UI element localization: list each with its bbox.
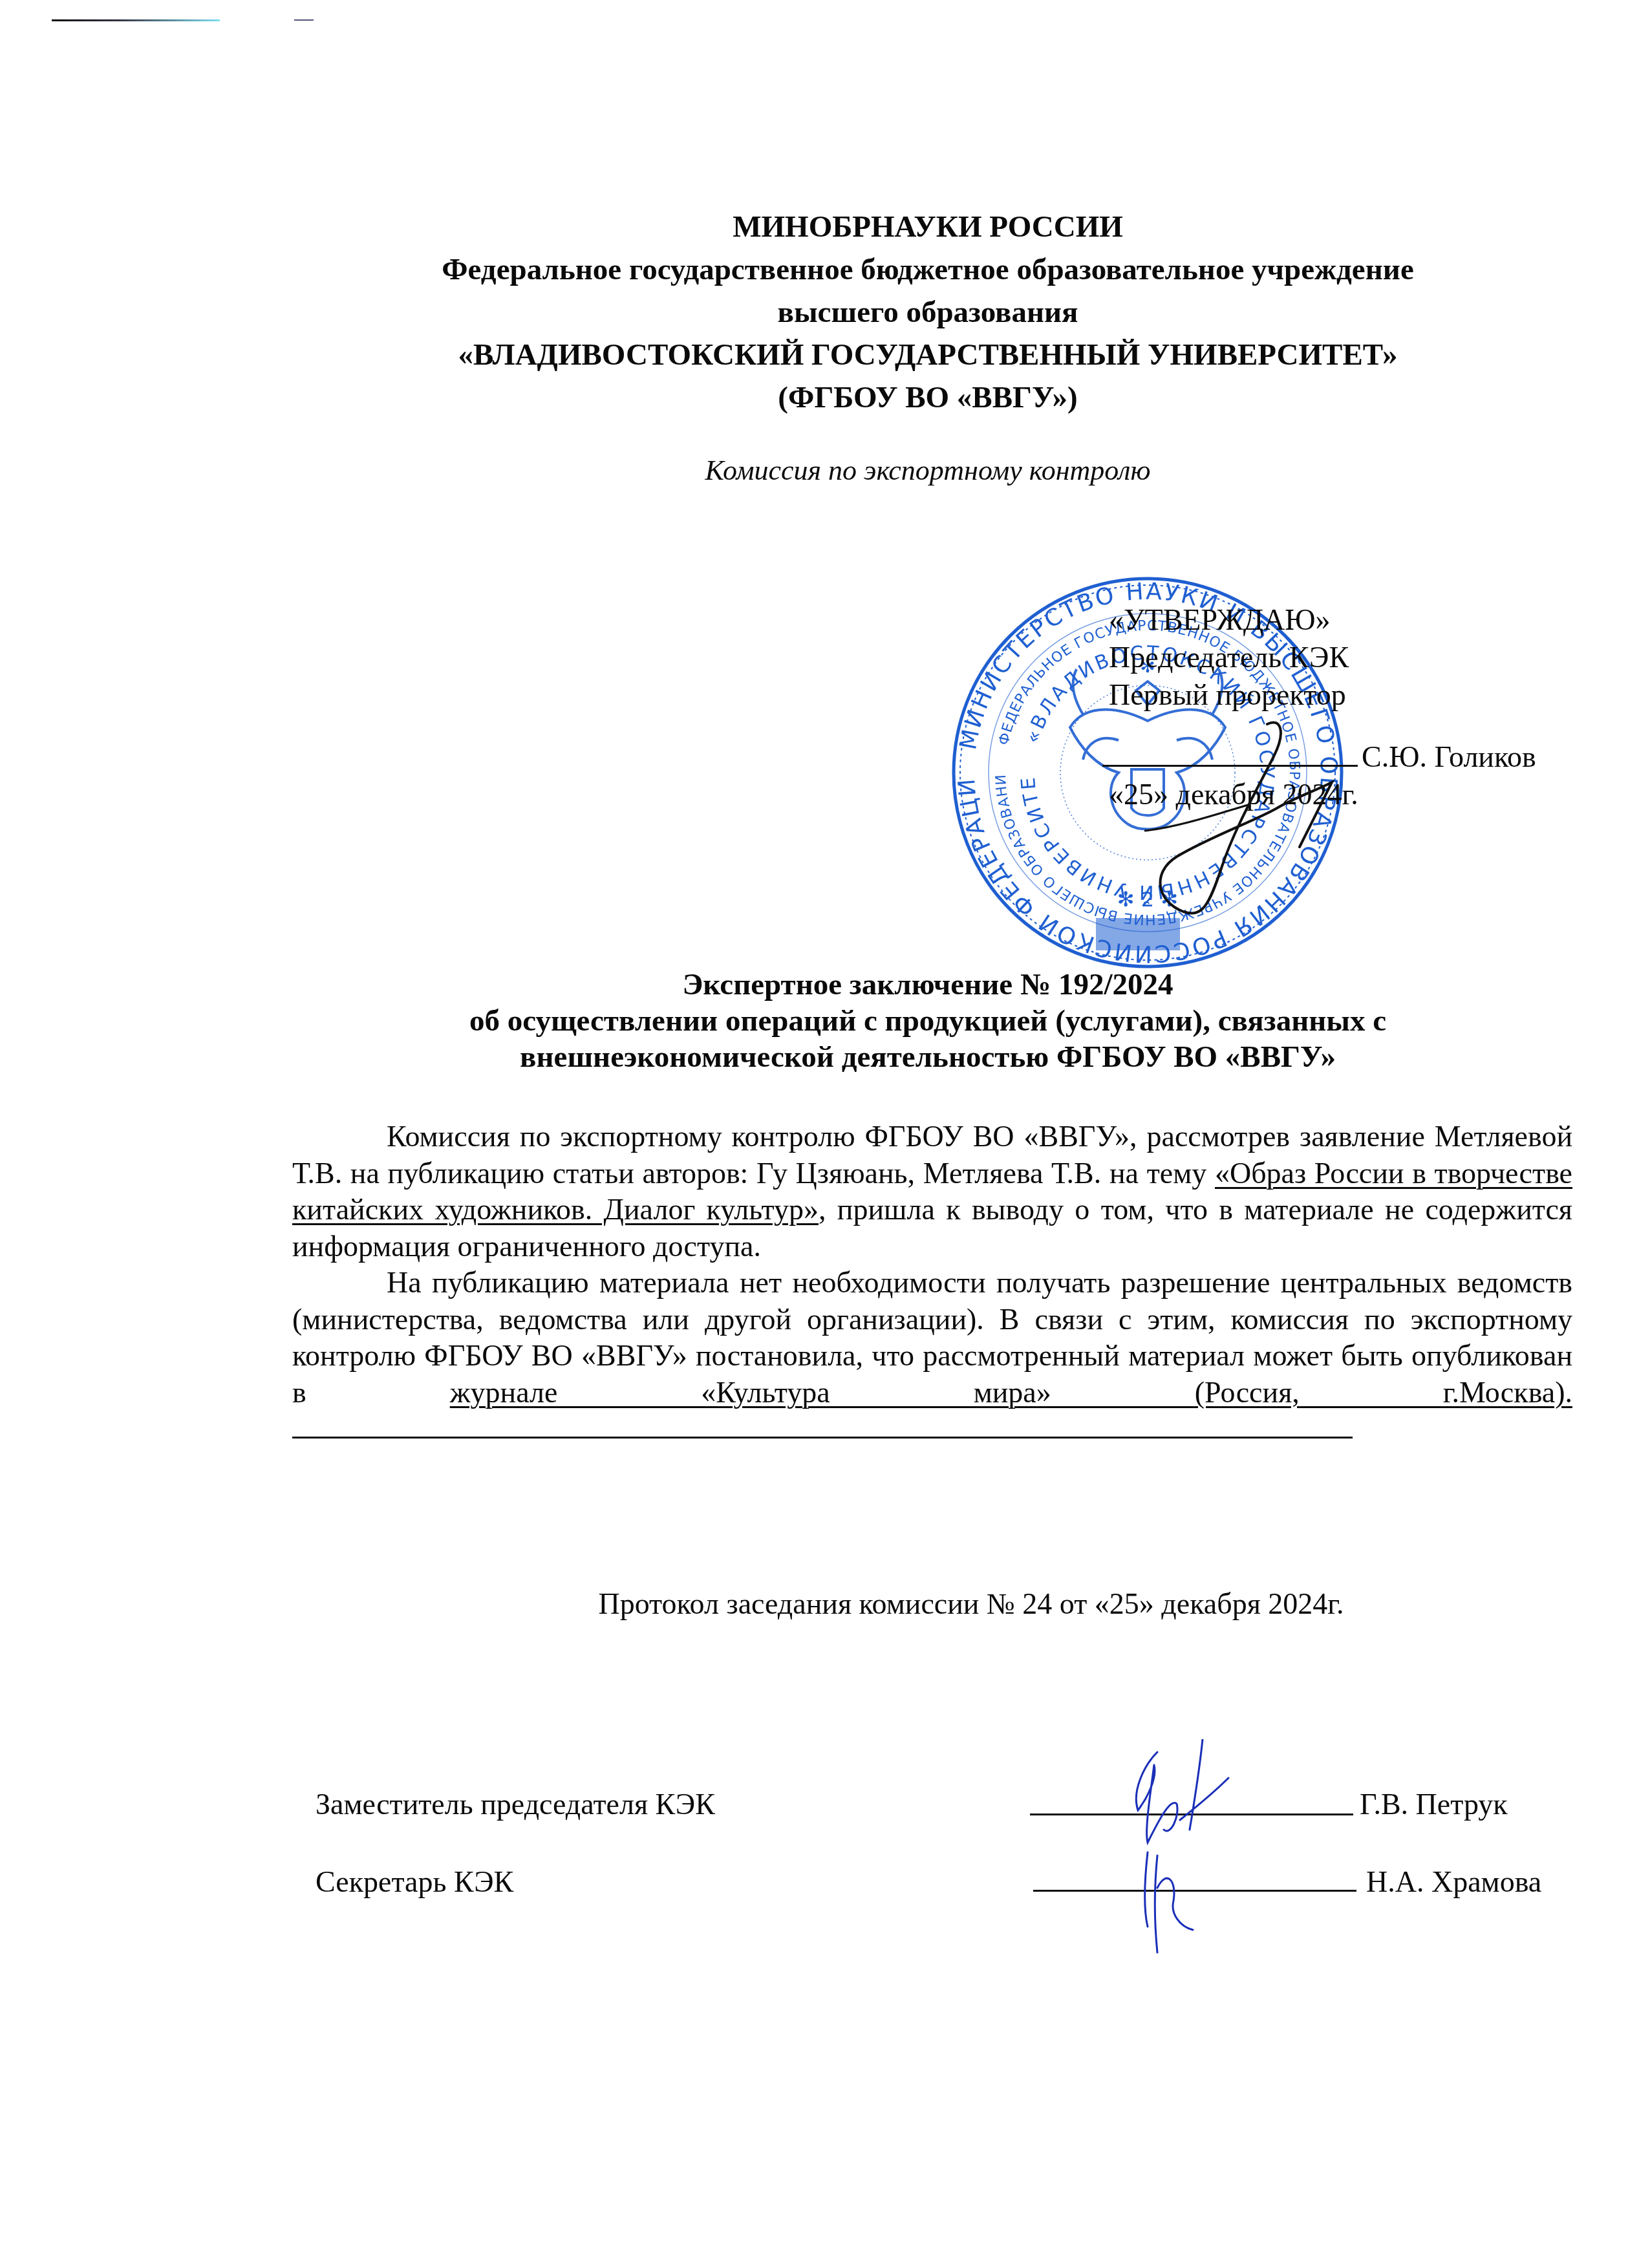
approver-position-1: Председатель КЭК <box>1109 639 1536 676</box>
approver-name: С.Ю. Голиков <box>1362 740 1536 773</box>
deputy-and-secretary-signatures-icon <box>1119 1739 1248 1959</box>
underline-filler <box>292 1430 1353 1439</box>
conclusion-body: Комиссия по экспортному контролю ФГБОУ В… <box>292 1118 1572 1448</box>
approver-position-2: Первый проректор <box>1109 676 1536 714</box>
signer-name: Н.А. Храмова <box>1366 1864 1541 1900</box>
university-name: «ВЛАДИВОСТОКСКИЙ ГОСУДАРСТВЕННЫЙ УНИВЕРС… <box>359 334 1497 376</box>
paragraph-decision: На публикацию материала нет необходимост… <box>292 1265 1572 1448</box>
journal-name: журнале «Культура мира» (Россия, г.Москв… <box>450 1376 1572 1409</box>
approval-block: «УТВЕРЖДАЮ» Председатель КЭК Первый прор… <box>1109 601 1536 813</box>
commission-name: Комиссия по экспортному контролю <box>359 453 1497 489</box>
signature-line <box>1030 1812 1353 1815</box>
scan-artifact-line <box>52 19 220 21</box>
institution-type-line1: Федеральное государственное бюджетное об… <box>359 248 1497 291</box>
document-header: МИНОБРНАУКИ РОССИИ Федеральное государст… <box>359 206 1497 419</box>
meeting-protocol: Протокол заседания комиссии № 24 от «25»… <box>292 1586 1572 1622</box>
conclusion-heading: Экспертное заключение № 192/2024 об осущ… <box>359 967 1497 1075</box>
institution-type-line2: высшего образования <box>359 291 1497 334</box>
conclusion-title: Экспертное заключение № 192/2024 <box>359 967 1497 1003</box>
conclusion-subtitle-line1: об осуществлении операций с продукцией (… <box>359 1003 1497 1039</box>
university-abbreviation: (ФГБОУ ВО «ВВГУ») <box>359 376 1497 419</box>
signer-role: Секретарь КЭК <box>316 1864 513 1900</box>
approval-date: «25» декабря 2024г. <box>1109 776 1536 813</box>
conclusion-subtitle-line2: внешнеэкономической деятельностью ФГБОУ … <box>359 1039 1497 1075</box>
signer-role: Заместитель председателя КЭК <box>316 1786 715 1823</box>
signature-line <box>1033 1888 1356 1892</box>
svg-text:✻ 2 ✻: ✻ 2 ✻ <box>1117 887 1178 912</box>
approval-label: «УТВЕРЖДАЮ» <box>1109 601 1536 639</box>
approver-signature-line <box>1102 739 1358 767</box>
scan-artifact-dot <box>294 19 314 21</box>
signer-name: Г.В. Петрук <box>1360 1786 1508 1823</box>
ministry-name: МИНОБРНАУКИ РОССИИ <box>359 206 1497 248</box>
paragraph-findings: Комиссия по экспортному контролю ФГБОУ В… <box>292 1118 1572 1265</box>
